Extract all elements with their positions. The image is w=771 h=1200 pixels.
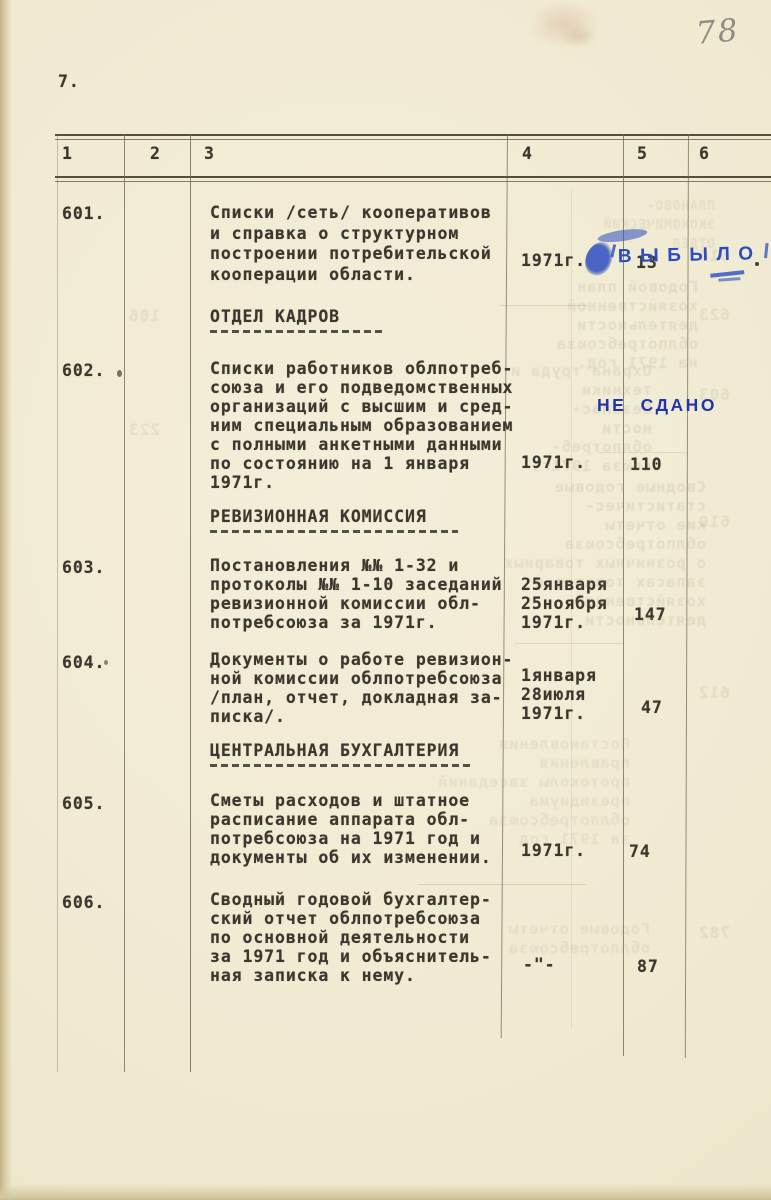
bleedthrough-number: 623 <box>698 305 730 324</box>
entry-sheet-count: 74 <box>629 842 651 861</box>
ink-smudge <box>560 26 598 48</box>
entry-dates: 1января 28июля 1971г. <box>521 666 597 723</box>
table-vline <box>124 134 125 1072</box>
bleedthrough-number: 610 <box>698 512 730 531</box>
entry-number: 601. <box>62 204 105 223</box>
scanned-page: 78 7. 1 2 3 4 5 6 601. Списки /сеть/ коо… <box>0 0 771 1200</box>
typed-page-number: 7. <box>58 72 80 91</box>
entry-description: Списки работников облпотреб- союза и его… <box>210 359 525 492</box>
table-top-rule <box>55 139 771 140</box>
section-underline <box>210 330 382 333</box>
vybylo-stamp-text: ВЫБЫЛО <box>618 243 762 268</box>
bleedthrough-text: Постановления правления протоколы заседа… <box>430 735 630 849</box>
ink-dot <box>117 370 122 377</box>
ne-sdano-stamp: НЕ СДАНО <box>597 395 717 416</box>
bleedthrough-hline <box>515 643 623 644</box>
entry-description: Постановления №№ 1-32 и протоколы №№ 1-1… <box>210 556 525 632</box>
column-header-3: 3 <box>204 144 215 163</box>
entry-number: 603. <box>62 558 105 577</box>
column-header-2: 2 <box>150 144 161 163</box>
handwritten-folio-number: 78 <box>695 12 741 52</box>
entry-number: 602. <box>62 361 105 380</box>
table-top-rule <box>55 134 771 136</box>
column-header-5: 5 <box>637 144 648 163</box>
entry-description: Сводный годовой бухгалтер- ский отчет об… <box>210 890 525 985</box>
section-header: РЕВИЗИОННАЯ КОМИССИЯ <box>210 507 427 526</box>
entry-number: 606. <box>62 893 105 912</box>
bleedthrough-text: Сводные годовые статистичес- кие отчеты … <box>496 478 706 630</box>
table-vline <box>190 134 191 1072</box>
stamp-ink-blot <box>582 239 615 278</box>
stamp-underline-mark <box>718 277 740 281</box>
bleedthrough-hline <box>418 884 586 885</box>
entry-number: 605. <box>62 794 105 813</box>
bleedthrough-number: 782 <box>698 923 730 942</box>
entry-sheet-count: 47 <box>641 698 663 717</box>
bleedthrough-number: 106 <box>128 306 160 325</box>
section-header: ОТДЕЛ КАДРОВ <box>210 307 340 326</box>
bleedthrough-number: 223 <box>128 420 160 439</box>
table-header-rule <box>55 181 771 182</box>
ink-dot <box>104 660 108 665</box>
table-vline <box>57 134 58 1072</box>
bleedthrough-text: Годовой план хозяйственной деятельности … <box>498 278 698 373</box>
column-header-1: 1 <box>62 144 73 163</box>
bleedthrough-text: Охрана труда и техники безопас- ности об… <box>502 362 652 476</box>
entry-number: 604. <box>62 653 105 672</box>
entry-sheet-count: 87 <box>637 957 659 976</box>
bleedthrough-number: 612 <box>698 683 730 702</box>
entry-description: Списки /сеть/ кооперативов и справка о с… <box>210 203 520 285</box>
section-header: ЦЕНТРАЛЬНАЯ БУХГАЛТЕРИЯ <box>210 741 459 760</box>
bleedthrough-text: Годовые отчеты облпотребсоюза <box>500 920 650 958</box>
column-header-4: 4 <box>522 144 533 163</box>
column-header-6: 6 <box>699 144 710 163</box>
stamp-bracket-mark <box>764 243 769 258</box>
section-underline <box>210 530 458 533</box>
entry-description: Документы о работе ревизион- ной комисси… <box>210 650 525 726</box>
vybylo-stamp: ВЫБЫЛО <box>588 238 765 284</box>
table-header-rule <box>55 176 771 178</box>
